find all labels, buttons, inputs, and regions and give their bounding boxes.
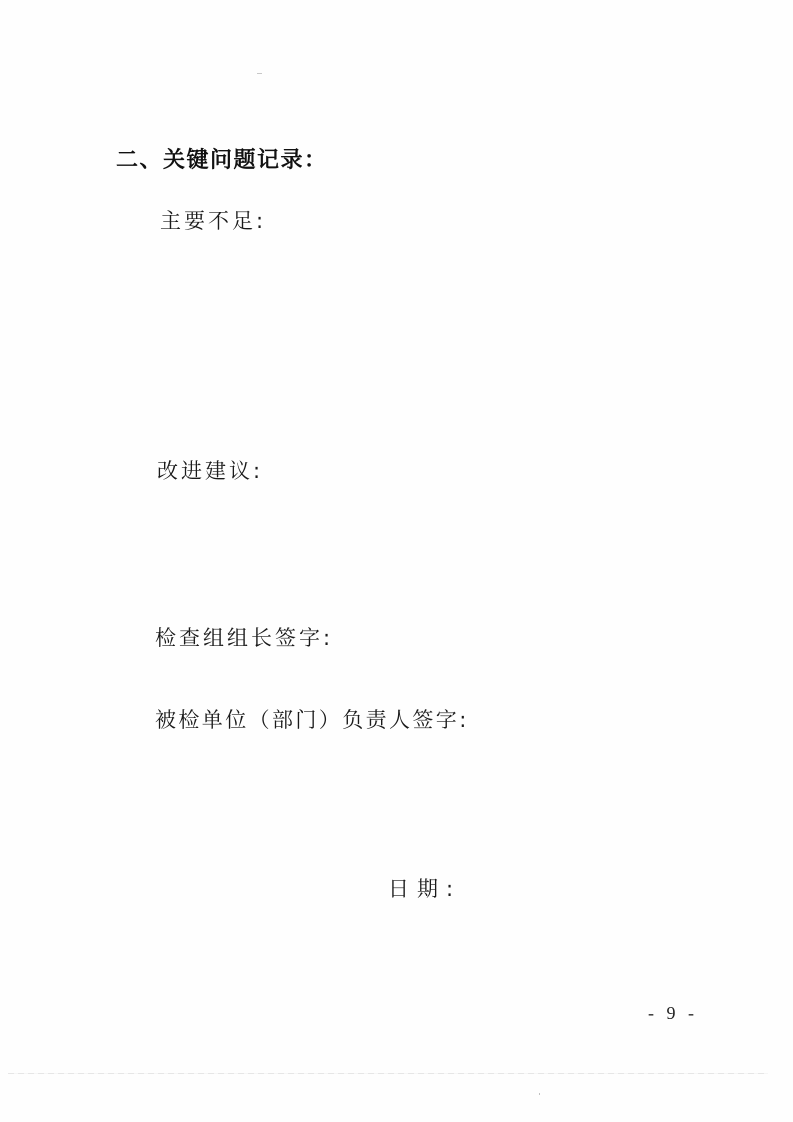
scan-edge-artifact: [8, 1073, 768, 1074]
improvement-suggestions-label: 改进建议:: [157, 458, 263, 484]
date-label: 日期:: [388, 876, 461, 902]
inspected-unit-head-signature-label: 被检单位（部门）负责人签字:: [155, 707, 469, 733]
page-number: - 9 -: [648, 1002, 698, 1024]
scan-artifact: [539, 1093, 540, 1095]
main-shortcomings-label: 主要不足:: [160, 208, 266, 234]
document-page: 二、关键问题记录： 主要不足: 改进建议: 检查组组长签字: 被检单位（部门）负…: [0, 0, 793, 1122]
scan-artifact: [257, 73, 262, 74]
inspection-leader-signature-label: 检查组组长签字:: [155, 625, 333, 651]
section-heading: 二、关键问题记录：: [116, 148, 328, 174]
